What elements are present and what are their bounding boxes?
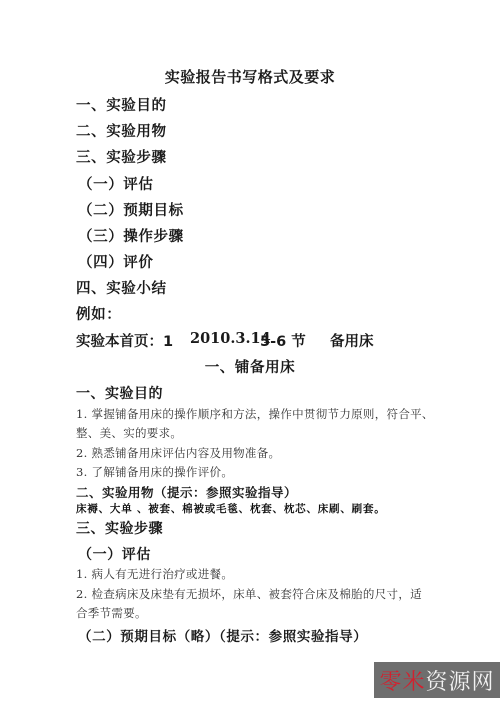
report-date: 2010.3.14: [190, 330, 260, 351]
materials-heading: 二、实验用物（提示：参照实验指导）: [76, 483, 297, 501]
expected-goal-heading: （二）预期目标（略）（提示：参照实验指导）: [78, 625, 367, 645]
outline-item-purpose: 一、实验目的: [76, 94, 167, 115]
outline-subitem-evaluation: （四）评价: [78, 251, 154, 272]
outline-item-steps: 三、实验步骤: [76, 146, 167, 167]
document-title: 实验报告书写格式及要求: [0, 66, 500, 87]
watermark-white-text: 资源网: [426, 665, 495, 696]
outline-item-materials: 二、实验用物: [76, 120, 167, 141]
purpose-heading: 一、实验目的: [76, 383, 163, 403]
outline-subitem-assessment: （一）评估: [78, 173, 154, 194]
purpose-item: 1. 掌握铺备用床的操作顺序和方法，操作中贯彻节力原则，符合平、: [76, 406, 434, 422]
experiment-topic: 备用床: [330, 330, 374, 351]
outline-subitem-operation: （三）操作步骤: [78, 225, 184, 246]
steps-heading: 三、实验步骤: [76, 518, 163, 538]
purpose-item: 2. 熟悉铺备用床评估内容及用物准备。: [76, 445, 280, 461]
assessment-item: 2. 检查病床及床垫有无损坏，床单、被套符合床及棉胎的尺寸，适: [76, 586, 422, 602]
example-label: 例如：: [76, 303, 121, 324]
site-watermark: 零米资源网: [374, 662, 500, 698]
purpose-item: 整、美、实的要求。: [76, 425, 182, 441]
assessment-heading: （一）评估: [78, 544, 151, 564]
outline-item-summary: 四、实验小结: [76, 277, 167, 298]
purpose-item: 3. 了解铺备用床的操作评价。: [76, 464, 233, 480]
section-title: 一、铺备用床: [0, 356, 500, 377]
assessment-item: 1. 病人有无进行治疗或进餐。: [76, 566, 233, 582]
document-page: 实验报告书写格式及要求 一、实验目的 二、实验用物 三、实验步骤 （一）评估 （…: [0, 0, 500, 708]
page-number-label: 实验本首页：1: [76, 330, 190, 351]
assessment-item: 合季节需要。: [76, 605, 147, 621]
watermark-red-text: 零米: [379, 665, 425, 696]
outline-subitem-goal: （二）预期目标: [78, 199, 184, 220]
class-period: 5-6 节: [260, 330, 330, 351]
report-header-row: 实验本首页：1 2010.3.14 5-6 节 备用床: [76, 330, 374, 351]
materials-list: 床褥、大单 、被套、棉被或毛毯、枕套、枕芯、床刷、刷套。: [76, 501, 386, 516]
